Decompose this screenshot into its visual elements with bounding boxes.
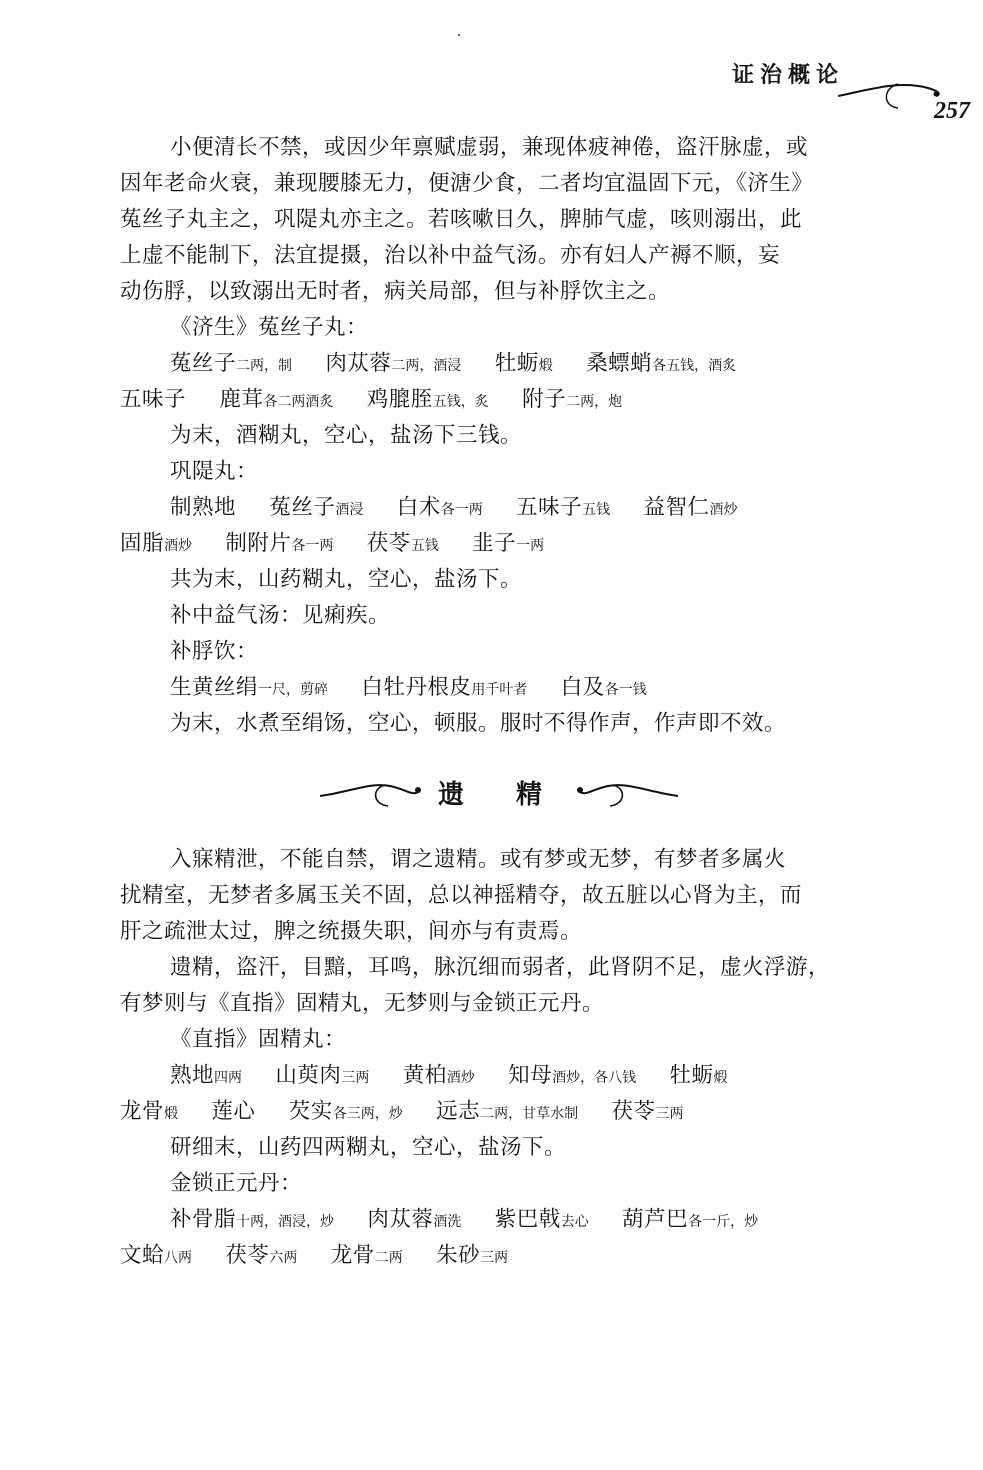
- herb-note: 煅: [164, 1106, 178, 1122]
- ingredient-line: 菟丝子二两，制 肉苁蓉二两，酒浸 牡蛎煅 桑螵蛸各五钱，酒炙: [120, 346, 890, 382]
- herb-note: 各三两，炒: [333, 1106, 403, 1122]
- paragraph-line: 遗精，盗汗，目黯，耳鸣，脉沉细而弱者，此肾阴不足，虚火浮游，: [120, 950, 890, 986]
- herb-note: 酒炒: [164, 538, 192, 554]
- ingredient-line: 制熟地 菟丝子酒浸 白术各一两 五味子五钱 益智仁酒炒: [120, 490, 890, 526]
- herb: 韭子: [472, 531, 516, 556]
- herb: 熟地: [170, 1063, 214, 1088]
- herb-note: 各二两酒炙: [263, 394, 333, 410]
- herb-note: 各一两: [291, 538, 333, 554]
- formula-method: 共为末，山药糊丸，空心，盐汤下。: [120, 562, 890, 598]
- herb: 芡实: [289, 1099, 333, 1124]
- right-flourish-icon: [568, 778, 678, 812]
- paragraph-line: 入寐精泄，不能自禁，谓之遗精。或有梦或无梦，有梦者多属火: [120, 842, 890, 878]
- ingredient-line: 五味子 鹿茸各二两酒炙 鸡膍胵五钱，炙 附子二两，炮: [120, 382, 890, 418]
- scan-speck: [458, 34, 460, 36]
- herb: 黄柏: [403, 1063, 447, 1088]
- herb-note: 二两，酒浸: [391, 358, 461, 374]
- herb-note: 三两: [341, 1070, 369, 1086]
- herb: 葫芦巴: [622, 1207, 688, 1232]
- herb-note: 酒炒: [709, 502, 737, 518]
- formula-title: 巩隄丸：: [120, 454, 890, 490]
- herb-note: 五钱，炙: [433, 394, 489, 410]
- left-flourish-icon: [320, 778, 430, 812]
- formula-title: 金锁正元丹：: [120, 1166, 890, 1202]
- paragraph-line: 扰精室，无梦者多属玉关不固，总以神摇精夺，故五脏以心肾为主，而: [120, 878, 890, 914]
- formula-reference: 补中益气汤：见痢疾。: [120, 598, 890, 634]
- herb: 茯苓: [367, 531, 411, 556]
- herb: 茯苓: [611, 1099, 655, 1124]
- herb: 制附片: [225, 531, 291, 556]
- herb-note: 八两: [164, 1250, 192, 1266]
- ingredient-line: 固脂酒炒 制附片各一两 茯苓五钱 韭子一两: [120, 526, 890, 562]
- herb: 菟丝子: [269, 495, 335, 520]
- herb-note: 二两: [375, 1250, 403, 1266]
- herb-note: 一尺，剪碎: [258, 682, 328, 698]
- herb-note: 十两，酒浸，炒: [236, 1214, 334, 1230]
- herb: 牡蛎: [669, 1063, 713, 1088]
- herb-note: 酒浸: [335, 502, 363, 518]
- paragraph-line: 上虚不能制下，法宜提摄，治以补中益气汤。亦有妇人产褥不顺，妄: [120, 238, 890, 274]
- herb-note: 三两: [655, 1106, 683, 1122]
- herb: 鸡膍胵: [367, 387, 433, 412]
- herb: 制熟地: [170, 495, 236, 520]
- herb-note: 煅: [713, 1070, 727, 1086]
- herb: 山萸肉: [275, 1063, 341, 1088]
- flourish-ornament-icon: [838, 78, 948, 118]
- herb: 远志: [436, 1099, 480, 1124]
- herb: 白及: [561, 675, 605, 700]
- herb: 朱砂: [436, 1243, 480, 1268]
- paragraph-line: 动伤脬，以致溺出无时者，病关局部，但与补脬饮主之。: [120, 274, 890, 310]
- running-header: 证治概论 257: [728, 58, 968, 128]
- herb-note: 酒洗: [433, 1214, 461, 1230]
- herb-note: 二两，甘草水制: [480, 1106, 578, 1122]
- herb: 鹿茸: [219, 387, 263, 412]
- herb-note: 煅: [539, 358, 553, 374]
- herb: 附子: [522, 387, 566, 412]
- paragraph-line: 肝之疏泄太过，脾之统摄失职，间亦与有责焉。: [120, 914, 890, 950]
- herb-note: 二两，炮: [566, 394, 622, 410]
- herb: 白术: [397, 495, 441, 520]
- herb: 龙骨: [331, 1243, 375, 1268]
- ingredient-line: 熟地四两 山萸肉三两 黄柏酒炒 知母酒炒，各八钱 牡蛎煅: [120, 1058, 890, 1094]
- herb-note: 二两，制: [236, 358, 292, 374]
- herb-note: 四两: [214, 1070, 242, 1086]
- herb: 白牡丹根皮: [361, 675, 471, 700]
- herb: 莲心: [211, 1099, 255, 1124]
- running-title: 证治概论: [732, 58, 844, 89]
- formula-title: 补脬饮：: [120, 634, 890, 670]
- herb: 文蛤: [120, 1243, 164, 1268]
- herb-note: 各一斤，炒: [688, 1214, 758, 1230]
- page-number: 257: [934, 98, 970, 125]
- paragraph-line: 菟丝子丸主之，巩隄丸亦主之。若咳嗽日久，脾肺气虚，咳则溺出，此: [120, 202, 890, 238]
- herb: 补骨脂: [170, 1207, 236, 1232]
- herb-note: 酒炒，各八钱: [552, 1070, 636, 1086]
- herb: 茯苓: [225, 1243, 269, 1268]
- herb: 牡蛎: [495, 351, 539, 376]
- herb: 益智仁: [643, 495, 709, 520]
- herb-note: 一两: [516, 538, 544, 554]
- herb-note: 五钱: [582, 502, 610, 518]
- herb-note: 酒炒: [447, 1070, 475, 1086]
- formula-method: 为末，水煮至绢饧，空心，顿服。服时不得作声，作声即不效。: [120, 706, 890, 742]
- herb: 肉苁蓉: [367, 1207, 433, 1232]
- ingredient-line: 补骨脂十两，酒浸，炒 肉苁蓉酒洗 紫巴戟去心 葫芦巴各一斤，炒: [120, 1202, 890, 1238]
- paragraph-line: 有梦则与《直指》固精丸，无梦则与金锁正元丹。: [120, 986, 890, 1022]
- paragraph-line: 因年老命火衰，兼现腰膝无力，便溏少食，二者均宜温固下元，《济生》: [120, 166, 890, 202]
- herb-note: 三两: [480, 1250, 508, 1266]
- herb: 固脂: [120, 531, 164, 556]
- paragraph-line: 小便清长不禁，或因少年禀赋虚弱，兼现体疲神倦，盗汗脉虚，或: [120, 130, 890, 166]
- formula-method: 为末，酒糊丸，空心，盐汤下三钱。: [120, 418, 890, 454]
- herb: 五味子: [120, 387, 186, 412]
- herb-note: 各一两: [441, 502, 483, 518]
- herb: 五味子: [516, 495, 582, 520]
- herb-note: 五钱: [411, 538, 439, 554]
- herb: 生黄丝绢: [170, 675, 258, 700]
- section2-body: 入寐精泄，不能自禁，谓之遗精。或有梦或无梦，有梦者多属火 扰精室，无梦者多属玉关…: [120, 842, 890, 1274]
- herb-note: 去心: [561, 1214, 589, 1230]
- herb: 知母: [508, 1063, 552, 1088]
- herb: 龙骨: [120, 1099, 164, 1124]
- herb: 桑螵蛸: [586, 351, 652, 376]
- herb: 紫巴戟: [495, 1207, 561, 1232]
- herb-note: 用千叶者: [471, 682, 527, 698]
- ingredient-line: 龙骨煅 莲心 芡实各三两，炒 远志二两，甘草水制 茯苓三两: [120, 1094, 890, 1130]
- herb: 肉苁蓉: [325, 351, 391, 376]
- herb-note: 六两: [269, 1250, 297, 1266]
- ingredient-line: 生黄丝绢一尺，剪碎 白牡丹根皮用千叶者 白及各一钱: [120, 670, 890, 706]
- herb: 菟丝子: [170, 351, 236, 376]
- section-heading: 遗精: [320, 770, 680, 820]
- ingredient-line: 文蛤八两 茯苓六两 龙骨二两 朱砂三两: [120, 1238, 890, 1274]
- herb-note: 各一钱: [605, 682, 647, 698]
- formula-method: 研细末，山药四两糊丸，空心，盐汤下。: [120, 1130, 890, 1166]
- herb-note: 各五钱，酒炙: [652, 358, 736, 374]
- formula-title: 《济生》菟丝子丸：: [120, 310, 890, 346]
- formula-title: 《直指》固精丸：: [120, 1022, 890, 1058]
- page-body: 小便清长不禁，或因少年禀赋虚弱，兼现体疲神倦，盗汗脉虚，或 因年老命火衰，兼现腰…: [120, 130, 890, 742]
